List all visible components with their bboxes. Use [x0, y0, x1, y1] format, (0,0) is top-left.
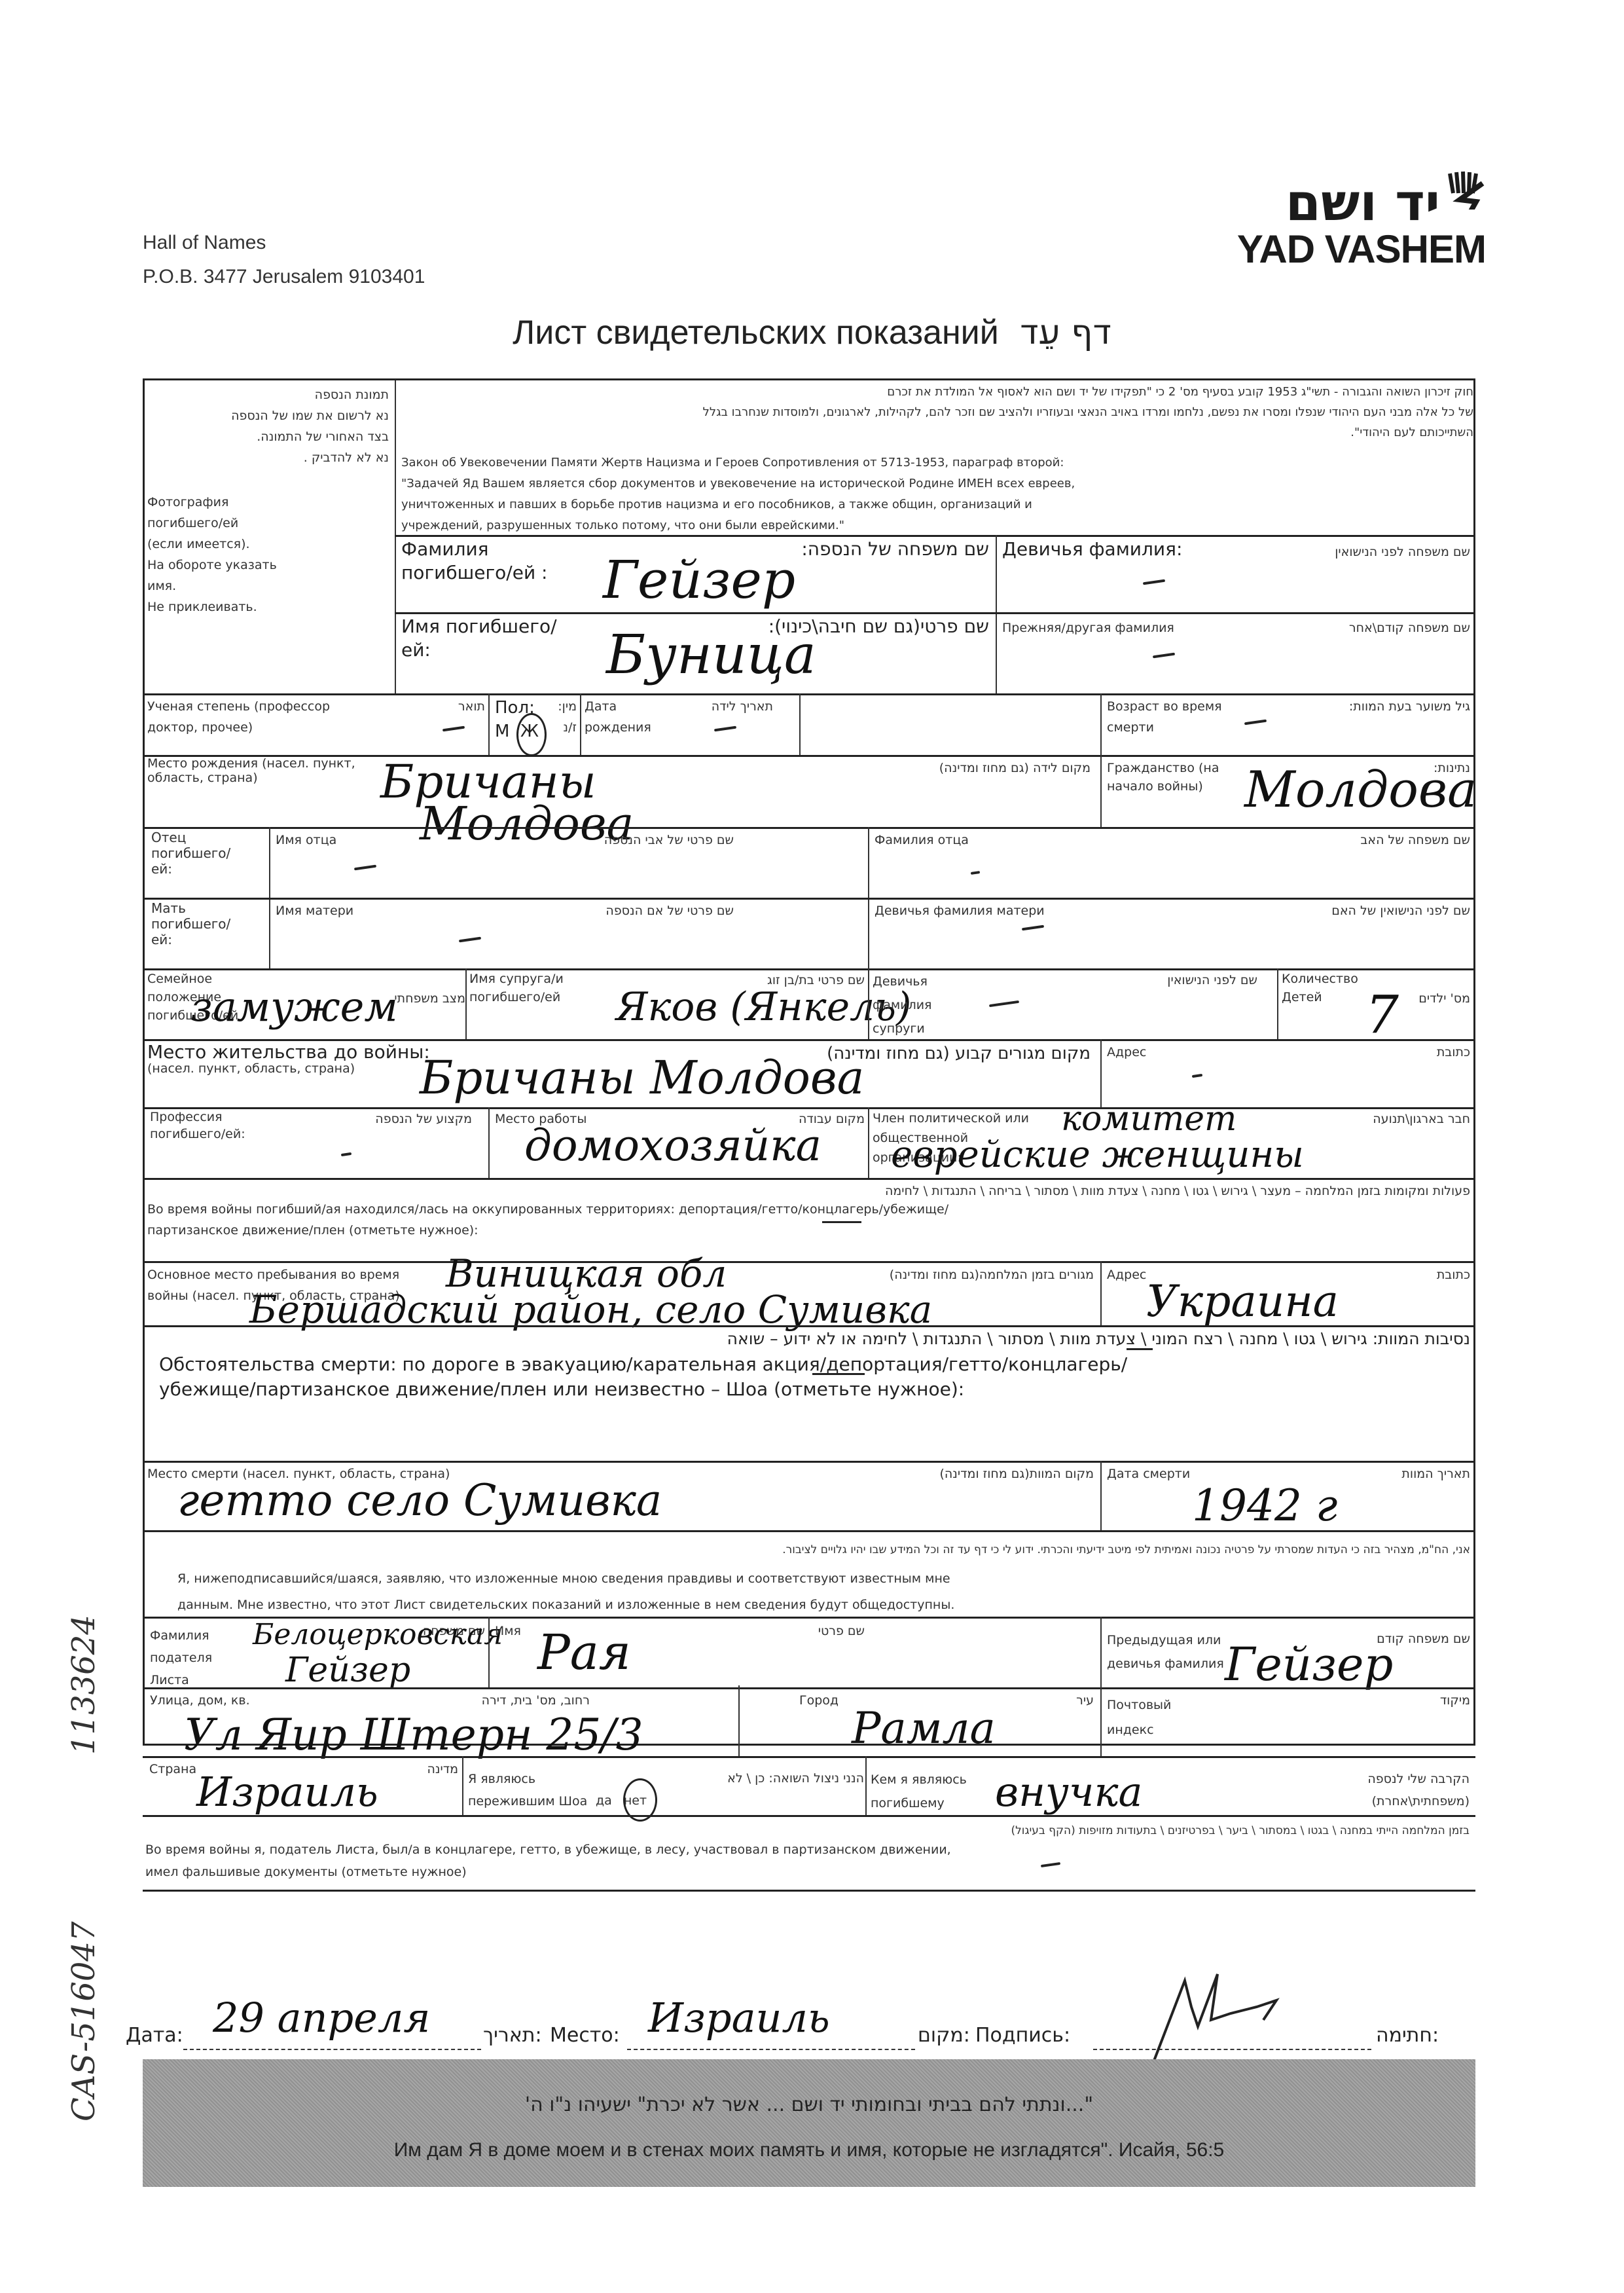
birthplace-label: Место рождения (насел. пункт, область, с… [147, 756, 363, 785]
mother-first-name-label: Имя матери [276, 900, 353, 921]
relation-field[interactable]: внучка [995, 1768, 1142, 1816]
residence-sublabel: (насел. пункт, область, страна) [147, 1061, 355, 1076]
submitter-wartime-russian: Во время войны я, податель Листа, был/а … [145, 1839, 1127, 1883]
wartime-address-label: Адрес [1107, 1264, 1146, 1285]
residence-address-label-hebrew: כתובת [1388, 1042, 1470, 1063]
sex-option-m[interactable]: М [495, 722, 509, 741]
death-circumstances-label-russian: Обстоятельства смерти: по дороге в эваку… [159, 1352, 1206, 1402]
victim-prev-surname-label: Прежняя/другая фамилия [1002, 617, 1174, 638]
submitter-street-field[interactable]: Ул Яир Штерн 25/3 [184, 1710, 643, 1760]
submitter-prev-surname-field[interactable]: Гейзер [1225, 1638, 1393, 1691]
submitter-country-field[interactable]: Израиль [196, 1768, 378, 1816]
age-label-hebrew: גיל משוער בעת המוות: [1257, 696, 1470, 717]
signature-row: Дата: 29 апреля תאריך: Место: Израиль מק… [124, 2020, 1479, 2059]
wartime-place-label-hebrew: מגורים בזמן המלחמה(גם מחוז ומדינה) [799, 1264, 1094, 1285]
signature-label: Подпись: [975, 2024, 1070, 2047]
workplace-field[interactable]: домохозяйка [524, 1120, 821, 1171]
father-first-name-label: Имя отца [276, 830, 336, 851]
submitter-country-label-hebrew: מדינה [367, 1759, 458, 1780]
father-surname-field[interactable] [971, 871, 980, 875]
degree-field[interactable] [442, 726, 465, 732]
father-first-name-field[interactable] [354, 865, 376, 871]
quote-hebrew: "...ונתתי להם בביתי ובחומותי יד ושם ... … [143, 2093, 1475, 2116]
victim-maiden-field[interactable] [1143, 579, 1165, 585]
mother-maiden-label-hebrew: שם לפני הנישואין של האם [1166, 900, 1470, 921]
children-count-label-hebrew: מס' ילדים [1408, 988, 1470, 1009]
victim-maiden-label-hebrew: שם משפחה לפני הנישואין [1257, 541, 1470, 562]
death-date-field[interactable]: 1942 г [1192, 1480, 1337, 1531]
submitter-city-field[interactable]: Рамла [852, 1703, 996, 1753]
spouse-maiden-label: Девичья фамилия супруги [873, 970, 977, 1040]
residence-address-field[interactable] [1192, 1074, 1202, 1078]
profession-label-hebrew: מקצוע של הנספה [308, 1109, 472, 1129]
margin-note-case-id: CAS-516047 [65, 1922, 102, 2121]
victim-first-name-label: Имя погибшего/ей: [401, 615, 578, 662]
submitter-first-name-label: Имя [495, 1621, 521, 1642]
isaiah-quote-banner: "...ונתתי להם בביתי ובחומותי יד ושם ... … [143, 2059, 1475, 2187]
declaration-hebrew: אני, הח"מ, מצהיר בזה כי העדות שמסרתי על … [406, 1539, 1470, 1560]
profession-label: Профессия погибшего/ей: [150, 1109, 281, 1143]
age-label: Возраст во время смерти [1107, 696, 1225, 738]
place-label-hebrew: מקום: [918, 2024, 970, 2047]
testimony-form: תמונת הנספה נא לרשום את שמו של הנספה בצד… [143, 378, 1475, 1746]
survivor-label-hebrew: הנני ניצול השואה: כן \ לא [655, 1768, 864, 1789]
place-field[interactable]: Израиль [648, 1994, 830, 2042]
submitter-country-label: Страна [149, 1759, 196, 1780]
submitter-first-name-field[interactable]: Рая [537, 1624, 631, 1681]
mother-first-name-label-hebrew: שם פרטי של אם הנספה [485, 900, 734, 921]
margin-note-number: 1133624 [65, 1615, 102, 1755]
page-title: Лист свидетельских показаний דף עֵד [0, 313, 1624, 352]
marital-status-field[interactable]: замужем [190, 983, 398, 1031]
father-surname-label-hebrew: שם משפחה של האב [1192, 830, 1470, 851]
death-date-label: Дата смерти [1107, 1463, 1190, 1484]
birth-date-field[interactable] [714, 726, 736, 732]
survivor-option-yes[interactable]: да [596, 1793, 612, 1808]
relation-label-hebrew: הקרבה שלי לנספה (משפחתית\אחרת) [1335, 1768, 1470, 1812]
birth-date-label-hebrew: תאריך לידה [662, 696, 773, 717]
submitter-first-name-label-hebrew: שם פרטי [799, 1621, 865, 1642]
spouse-maiden-field[interactable] [989, 1000, 1019, 1007]
signature-scribble[interactable] [1132, 1968, 1303, 2072]
title-russian: Лист свидетельских показаний [513, 314, 999, 352]
mother-first-name-field[interactable] [459, 937, 481, 943]
submitter-surname-label: Фамилия подателя Листа [150, 1624, 248, 1691]
sex-label-hebrew: מין: ז/נ [544, 696, 577, 738]
death-ghetto-mark[interactable] [812, 1373, 865, 1375]
victim-maiden-label: Девичья фамилия: [1002, 538, 1182, 561]
date-label-hebrew: תאריך: [483, 2024, 542, 2047]
declaration-russian: Я, нижеподписавшийся/шаяся, заявляю, что… [177, 1566, 1159, 1618]
organization-label-hebrew: חבר בארגון\תנועה [1323, 1109, 1470, 1129]
org-pobox: P.O.B. 3477 Jerusalem 9103401 [143, 260, 425, 294]
organization-line2[interactable]: еврейские женщины [891, 1133, 1304, 1176]
photo-instructions-russian: Фотография погибшего/ей (если имеется). … [147, 492, 389, 617]
date-label: Дата: [126, 2024, 183, 2047]
residence-field[interactable]: Бричаны Молдова [420, 1051, 864, 1105]
father-row-label: Отец погибшего/ей: [151, 830, 249, 877]
degree-label-hebrew: תואר [341, 696, 485, 717]
org-address: Hall of Names P.O.B. 3477 Jerusalem 9103… [143, 226, 425, 294]
submitter-surname-line2[interactable]: Гейзер [285, 1651, 410, 1690]
signature-label-hebrew: חתימה: [1376, 2024, 1439, 2047]
submitter-street-label: Улица, дом, кв. [150, 1690, 250, 1711]
residence-address-label: Адрес [1107, 1042, 1146, 1063]
organization-line1[interactable]: комитет [1061, 1099, 1236, 1139]
degree-label: Ученая степень (профессор доктор, прочее… [147, 696, 363, 738]
mother-maiden-label: Девичья фамилия матери [875, 900, 1045, 921]
wartime-address-field[interactable]: Украина [1146, 1276, 1339, 1327]
submitter-surname-line1[interactable]: Белоцерковская [253, 1618, 503, 1651]
law-text-hebrew: חוק זיכרון השואה והגבורה - תשי"ג 1953 קו… [400, 382, 1473, 443]
submitter-city-label-hebrew: עיר [1028, 1690, 1094, 1711]
age-field[interactable] [1244, 720, 1267, 725]
birthplace-label-hebrew: מקום לידה (גם מחוז ומדינה) [734, 758, 1091, 779]
citizenship-label: Гражданство (на начало войны) [1107, 759, 1225, 796]
children-count-field[interactable]: 7 [1365, 984, 1399, 1045]
date-field[interactable]: 29 апреля [213, 1994, 430, 2042]
profession-field[interactable] [341, 1152, 352, 1156]
father-surname-label: Фамилия отца [875, 830, 969, 851]
place-label: Место: [550, 2024, 620, 2047]
death-circumstances-label-hebrew: נסיבות המוות: גירוש \ גטו \ מחנה \ רצח ה… [406, 1327, 1470, 1351]
death-place-field[interactable]: гетто село Сумивка [177, 1475, 662, 1526]
submitter-zip-label: Почтовый индекс [1107, 1693, 1218, 1742]
wartime-address-label-hebrew: כתובת [1388, 1264, 1470, 1285]
spouse-name-field[interactable]: Яков (Янкель) [616, 984, 911, 1030]
victim-prev-surname-label-hebrew: שם משפחה קודם\אחר [1257, 617, 1470, 638]
relation-label: Кем я являюсь погибшему [871, 1768, 982, 1815]
death-date-label-hebrew: תאריך המוות [1356, 1463, 1470, 1484]
residence-label: Место жительства до войны: [147, 1040, 430, 1064]
submitter-prev-surname-label: Предыдущая или девичья фамилия [1107, 1628, 1231, 1676]
title-hebrew: דף עֵד [1020, 313, 1111, 352]
mother-row-label: Мать погибшего/ей: [151, 900, 249, 947]
submitter-zip-label-hebrew: מיקוד [1388, 1690, 1470, 1711]
death-ghetto-mark-hebrew[interactable] [1127, 1348, 1153, 1350]
row-divider [143, 1756, 1475, 1758]
sex-selected-circle [516, 713, 547, 756]
wartime-label-russian: Во время войны погибший/ая находился/лас… [147, 1199, 1129, 1241]
org-name: Hall of Names [143, 226, 425, 260]
victim-surname-field[interactable]: Гейзер [603, 549, 795, 610]
submitter-city-label: Город [799, 1690, 839, 1711]
wartime-ghetto-mark[interactable] [822, 1221, 861, 1223]
father-first-name-label-hebrew: שם פרטי של אבי הנספה [485, 830, 734, 851]
logo-hebrew: יד ושם [1178, 177, 1486, 229]
citizenship-field[interactable]: Молдова [1244, 760, 1477, 818]
submitter-street-label-hebrew: רחוב, מס' בית, דירה [406, 1690, 590, 1711]
law-text-russian: Закон об Увековечении Памяти Жертв Нациз… [401, 452, 1475, 536]
photo-instructions-hebrew: תמונת הנספה נא לרשום את שמו של הנספה בצד… [150, 384, 389, 468]
victim-first-name-field[interactable]: Буница [606, 624, 816, 686]
form-bottom-border [143, 1890, 1475, 1892]
quote-russian: Им дам Я в доме моем и в стенах моих пам… [143, 2139, 1475, 2161]
candle-flame-icon [1447, 170, 1486, 210]
mother-maiden-field[interactable] [1022, 925, 1044, 931]
children-count-label: Количество Детей [1282, 970, 1360, 1006]
birth-date-label: Дата рождения [585, 696, 663, 738]
row-divider [143, 1815, 1475, 1817]
death-place-label-hebrew: מקום המוות(גם מחוז ומדינה) [832, 1463, 1094, 1484]
spouse-maiden-label-hebrew: שם לפני הנישואין [1061, 970, 1257, 991]
spouse-name-label: Имя супруга/и погибшего/ей [469, 970, 600, 1006]
yad-vashem-logo: יד ושם YAD VASHEM [1178, 177, 1486, 270]
victim-surname-label: Фамилия погибшего/ей : [401, 538, 598, 585]
logo-latin: YAD VASHEM [1178, 229, 1486, 270]
victim-prev-surname-field[interactable] [1153, 653, 1175, 659]
